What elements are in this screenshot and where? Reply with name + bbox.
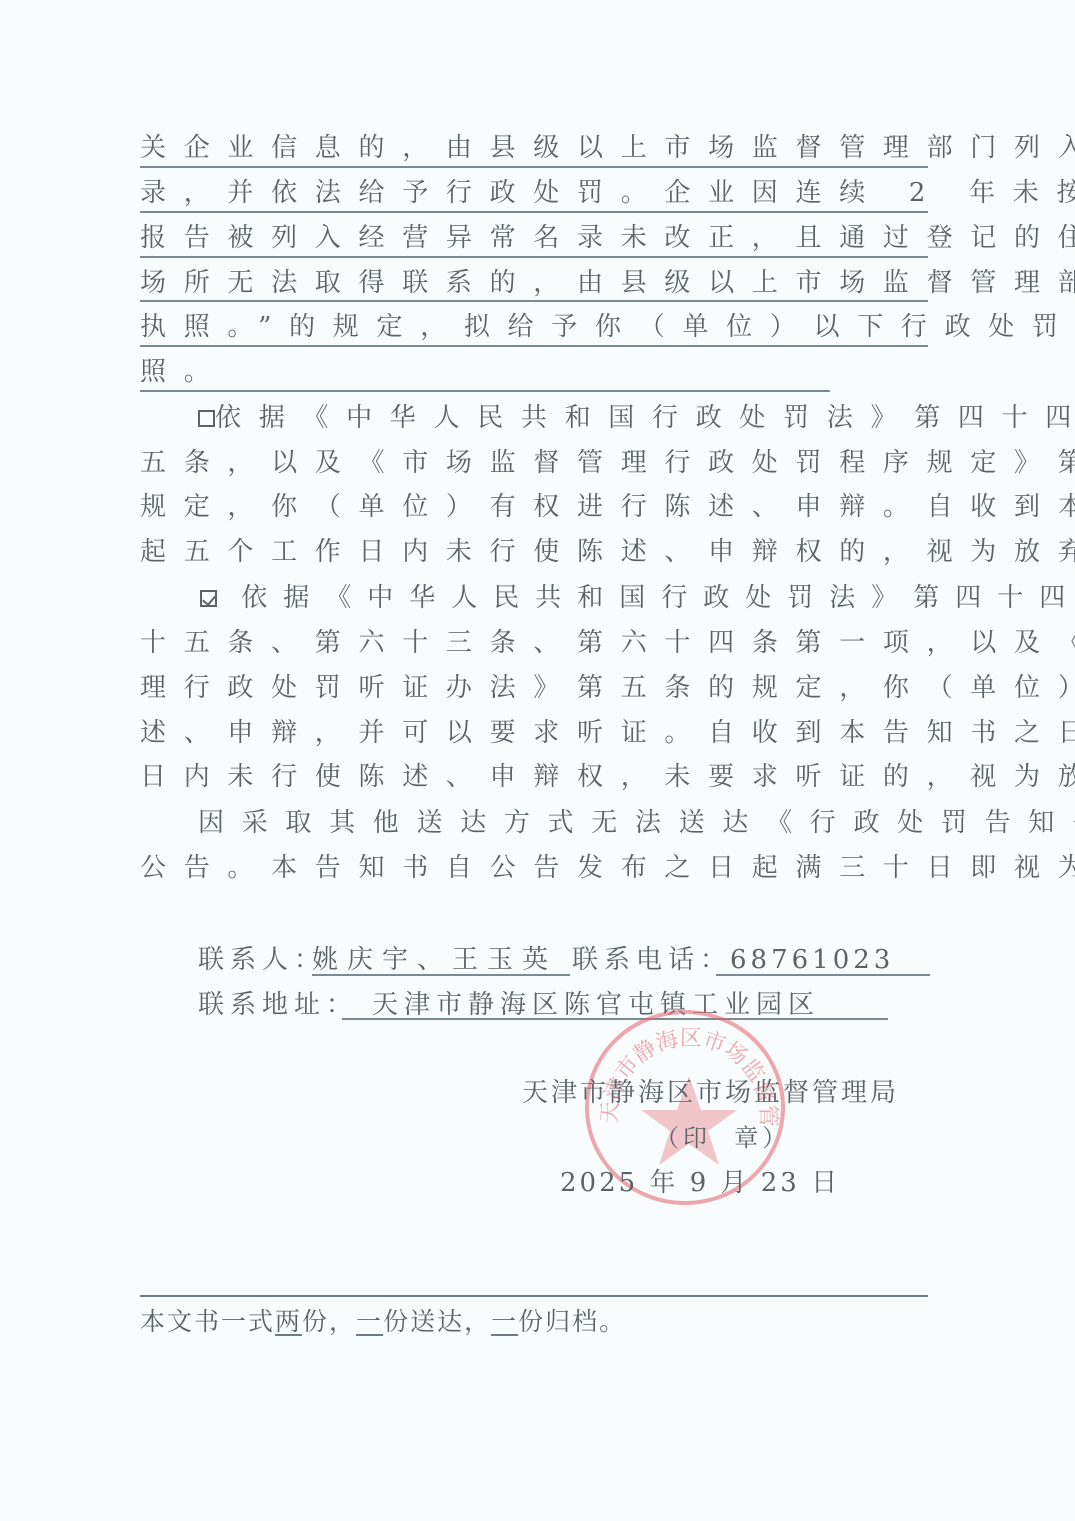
paragraph-1-line-1: 关企业信息的，由县级以上市场监督管理部门列入经营异常名: [140, 128, 930, 168]
paragraph-1-line-2: 录，并依法给予行政处罚。企业因连续 2 年未按规定报送年度: [140, 173, 930, 213]
contact-phone-underline: [716, 974, 930, 976]
contact-person-label: 联系人：: [198, 940, 326, 980]
paragraph-1-line-5: 执照。”的规定，拟给予你（单位）以下行政处罚：吊销营业执: [140, 307, 930, 347]
underline: [140, 345, 928, 347]
option-hearing-line-5: 日内未行使陈述、申辩权，未要求听证的，视为放弃此权利。: [140, 757, 930, 797]
copies-prefix: 本文书一式: [140, 1307, 275, 1336]
copies-delivered: 一: [356, 1307, 383, 1336]
contact-address-underline: [342, 1018, 888, 1020]
copies-suffix: 份归档。: [518, 1307, 626, 1336]
checkbox-statement[interactable]: [198, 410, 215, 427]
underline: [140, 390, 830, 392]
option-hearing-text: 依据《中华人民共和国行政处罚法》第四十四条、第四: [241, 583, 1075, 613]
underline: [140, 300, 928, 302]
issuer-name: 天津市静海区市场监督管理局: [522, 1073, 899, 1113]
paragraph-1-line-4: 场所无法取得联系的，由县级以上市场监督管理部门吊销营业: [140, 263, 930, 303]
underline: [140, 211, 928, 213]
document-page: 关企业信息的，由县级以上市场监督管理部门列入经营异常名 录，并依法给予行政处罚。…: [0, 0, 1075, 1521]
footer-divider: [140, 1295, 928, 1297]
option-statement-line-1: 依据《中华人民共和国行政处罚法》第四十四条、第四十: [198, 398, 930, 438]
contact-phone-label: 联系电话：: [572, 940, 732, 980]
issue-date: 2025 年 9 月 23 日: [560, 1163, 840, 1203]
copies-archived: 一: [491, 1307, 518, 1336]
copies-mid-1: 份，: [302, 1307, 356, 1336]
copies-note: 本文书一式两份，一份送达，一份归档。: [140, 1302, 626, 1342]
option-hearing-line-3: 理行政处罚听证办法》第五条的规定，你（单位）有权进行陈: [140, 668, 930, 708]
contact-address-label: 联系地址：: [198, 985, 358, 1025]
seal-label: （印 章）: [655, 1118, 790, 1158]
option-statement-line-2: 五条，以及《市场监督管理行政处罚程序规定》第五十七条的: [140, 443, 930, 483]
option-hearing-line-2: 十五条、第六十三条、第六十四条第一项，以及《市场监督管: [140, 623, 930, 663]
announcement-line-2: 公告。本告知书自公告发布之日起满三十日即视为送达。: [140, 848, 930, 888]
underline: [140, 256, 928, 258]
option-statement-line-3: 规定，你（单位）有权进行陈述、申辩。自收到本告知书之日: [140, 487, 930, 527]
announcement-line-1: 因采取其他送达方式无法送达《行政处罚告知书》，现依法: [198, 803, 930, 843]
option-statement-text: 依据《中华人民共和国行政处罚法》第四十四条、第四十: [215, 403, 1075, 433]
option-hearing-line-1: 依据《中华人民共和国行政处罚法》第四十四条、第四: [200, 578, 930, 618]
contact-person-underline: [312, 974, 570, 976]
checkbox-hearing[interactable]: [200, 590, 217, 607]
paragraph-1-line-6: 照。: [140, 352, 930, 392]
copies-total: 两: [275, 1307, 302, 1336]
underline: [140, 166, 928, 168]
paragraph-1-line-3: 报告被列入经营异常名录未改正，且通过登记的住所或者经营: [140, 218, 930, 258]
option-hearing-line-4: 述、申辩，并可以要求听证。自收到本告知书之日起五个工作: [140, 713, 930, 753]
copies-mid-2: 份送达，: [383, 1307, 491, 1336]
option-statement-line-4: 起五个工作日内未行使陈述、申辩权的，视为放弃此权利。: [140, 532, 930, 572]
